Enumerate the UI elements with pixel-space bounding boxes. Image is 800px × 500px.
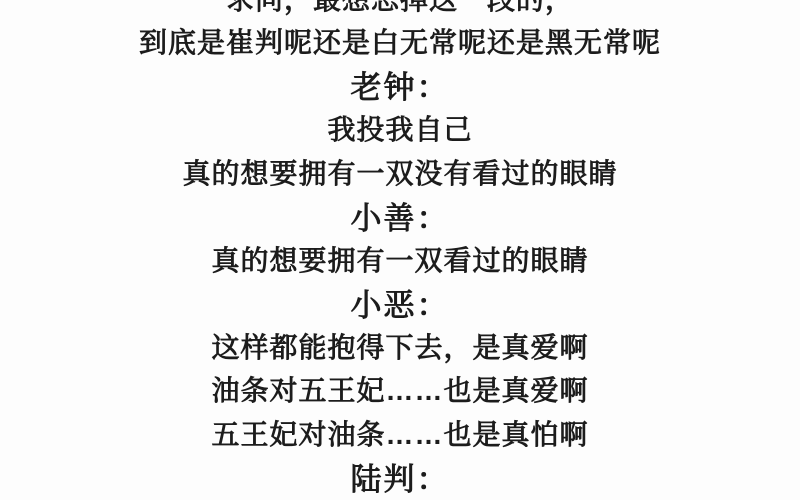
speaker-label: 小善： [0,194,800,238]
dialogue-line: 这样都能抱得下去，是真爱啊 [0,324,800,368]
dialogue-line: 我投我自己 [0,107,800,151]
speaker-label: 陆判： [0,455,800,499]
dialogue-line: 到底是崔判呢还是白无常呢还是黑无常呢 [0,20,800,64]
dialogue-line: 油条对五王妃……也是真爱啊 [0,368,800,412]
transcript: 求问，最想忘掉这一段的， 到底是崔判呢还是白无常呢还是黑无常呢 老钟： 我投我自… [0,0,800,498]
dialogue-line: 真的想要拥有一双没有看过的眼睛 [0,150,800,194]
dialogue-line: 真的想要拥有一双看过的眼睛 [0,237,800,281]
speaker-label: 老钟： [0,63,800,107]
dialogue-line: 求问，最想忘掉这一段的， [0,0,800,20]
speaker-label: 小恶： [0,281,800,325]
dialogue-line: 五王妃对油条……也是真怕啊 [0,411,800,455]
